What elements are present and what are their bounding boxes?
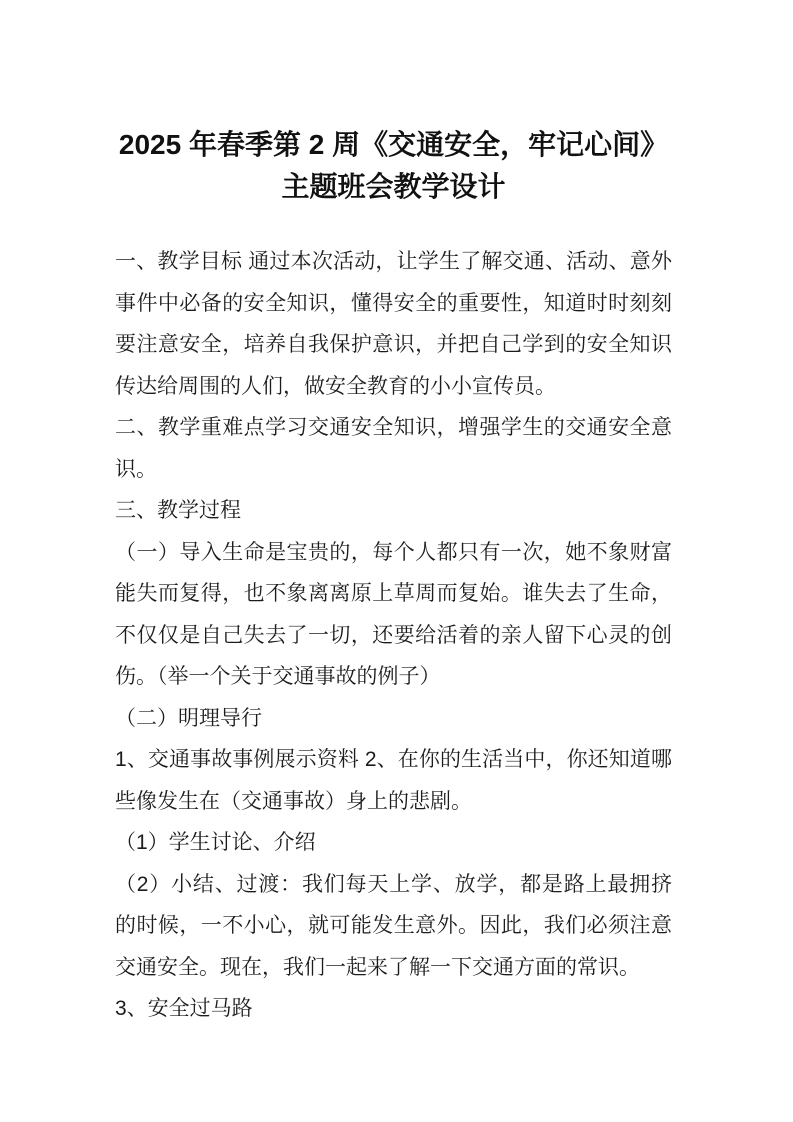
document-page: 2025 年春季第 2 周《交通安全，牢记心间》 主题班会教学设计 一、教学目标… bbox=[0, 0, 793, 1122]
paragraph-teaching-process-heading: 三、教学过程 bbox=[115, 490, 672, 532]
paragraph-guidance-heading: （二）明理导行 bbox=[115, 698, 672, 740]
document-body: 一、教学目标 通过本次活动，让学生了解交通、活动、意外事件中必备的安全知识，懂得… bbox=[115, 241, 672, 1030]
paragraph-teaching-key-points: 二、教学重难点学习交通安全知识，增强学生的交通安全意识。 bbox=[115, 407, 672, 490]
paragraph-crossing-road-safely: 3、安全过马路 bbox=[115, 988, 672, 1030]
paragraph-teaching-objectives: 一、教学目标 通过本次活动，让学生了解交通、活动、意外事件中必备的安全知识，懂得… bbox=[115, 241, 672, 407]
paragraph-student-discussion: （1）学生讨论、介绍 bbox=[115, 822, 672, 864]
paragraph-summary-transition: （2）小结、过渡：我们每天上学、放学，都是路上最拥挤的时候，一不小心，就可能发生… bbox=[115, 864, 672, 989]
document-content: 2025 年春季第 2 周《交通安全，牢记心间》 主题班会教学设计 一、教学目标… bbox=[115, 0, 672, 1030]
title-line-2: 主题班会教学设计 bbox=[115, 166, 672, 208]
paragraph-introduction-life-value: （一）导入生命是宝贵的，每个人都只有一次，她不象财富能失而复得，也不象离离原上草… bbox=[115, 532, 672, 698]
title-line-1: 2025 年春季第 2 周《交通安全，牢记心间》 bbox=[115, 124, 672, 166]
paragraph-accident-case-examples: 1、交通事故事例展示资料 2、在你的生活当中，你还知道哪些像发生在（交通事故）身… bbox=[115, 739, 672, 822]
document-title: 2025 年春季第 2 周《交通安全，牢记心间》 主题班会教学设计 bbox=[115, 0, 672, 208]
